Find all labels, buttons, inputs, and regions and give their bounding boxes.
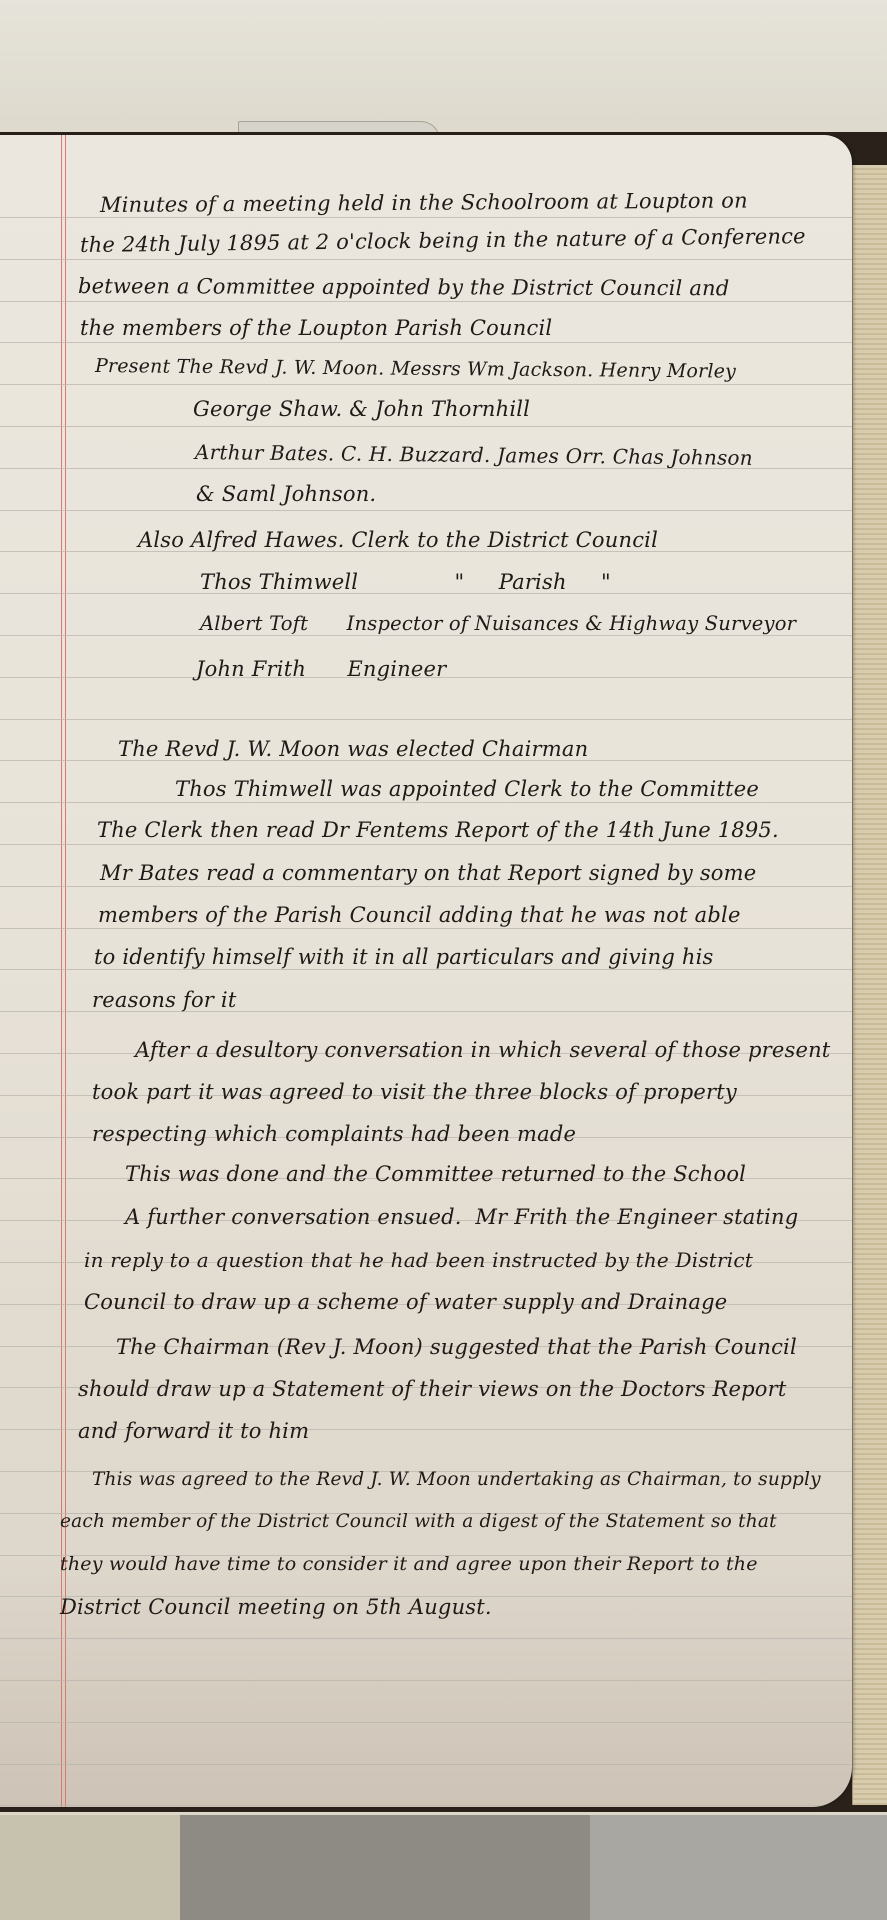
ruled-line bbox=[0, 1638, 852, 1639]
handwritten-line: took part it was agreed to visit the thr… bbox=[92, 1080, 737, 1104]
ruled-line bbox=[0, 259, 852, 260]
handwritten-line: members of the Parish Council adding tha… bbox=[98, 903, 741, 927]
background-surface bbox=[590, 1815, 887, 1920]
ruled-line bbox=[0, 1764, 852, 1765]
ruled-line bbox=[0, 802, 852, 803]
handwritten-line: and forward it to him bbox=[78, 1419, 309, 1443]
handwritten-line: each member of the District Council with… bbox=[60, 1511, 777, 1532]
handwritten-line: Albert Toft Inspector of Nuisances & Hig… bbox=[200, 612, 796, 635]
ruled-line bbox=[0, 969, 852, 970]
ruled-line bbox=[0, 886, 852, 887]
handwritten-line: reasons for it bbox=[92, 988, 236, 1012]
handwritten-line: Thos Thimwell " Parish " bbox=[200, 570, 611, 594]
background-surface bbox=[180, 1815, 590, 1920]
handwritten-line: respecting which complaints had been mad… bbox=[92, 1122, 576, 1146]
ruled-line bbox=[0, 1805, 852, 1806]
handwritten-line: District Council meeting on 5th August. bbox=[60, 1595, 492, 1619]
ruled-line bbox=[0, 384, 852, 385]
ruled-line bbox=[0, 1722, 852, 1723]
handwritten-line: Also Alfred Hawes. Clerk to the District… bbox=[138, 528, 658, 552]
ruled-line bbox=[0, 928, 852, 929]
ruled-line bbox=[0, 510, 852, 511]
handwritten-line: Present The Revd J. W. Moon. Messrs Wm J… bbox=[95, 355, 736, 383]
ruled-line bbox=[0, 844, 852, 845]
ruled-line bbox=[0, 719, 852, 720]
handwritten-line: the members of the Loupton Parish Counci… bbox=[80, 316, 552, 340]
handwritten-line: to identify himself with it in all parti… bbox=[94, 945, 714, 969]
handwritten-line: After a desultory conversation in which … bbox=[135, 1038, 830, 1062]
handwritten-line: This was agreed to the Revd J. W. Moon u… bbox=[92, 1469, 821, 1490]
handwritten-line: A further conversation ensued. Mr Frith … bbox=[125, 1205, 798, 1229]
handwritten-line: Mr Bates read a commentary on that Repor… bbox=[100, 861, 756, 885]
handwritten-line: between a Committee appointed by the Dis… bbox=[78, 274, 730, 300]
handwritten-line: in reply to a question that he had been … bbox=[84, 1248, 753, 1272]
minute-book-page: Minutes of a meeting held in the Schoolr… bbox=[0, 135, 852, 1807]
background-surface bbox=[0, 1815, 200, 1920]
handwritten-line: & Saml Johnson. bbox=[196, 482, 376, 506]
handwritten-line: Arthur Bates. C. H. Buzzard. James Orr. … bbox=[195, 440, 753, 470]
handwritten-line: The Clerk then read Dr Fentems Report of… bbox=[97, 818, 779, 842]
ruled-line bbox=[0, 342, 852, 343]
handwritten-line: The Chairman (Rev J. Moon) suggested tha… bbox=[116, 1335, 797, 1359]
background-surface bbox=[0, 0, 887, 140]
handwritten-line: the 24th July 1895 at 2 o'clock being in… bbox=[80, 224, 806, 257]
handwritten-line: This was done and the Committee returned… bbox=[125, 1162, 746, 1186]
ruled-line bbox=[0, 1680, 852, 1681]
handwritten-line: should draw up a Statement of their view… bbox=[78, 1377, 786, 1401]
handwritten-line: they would have time to consider it and … bbox=[60, 1553, 758, 1575]
handwritten-line: Council to draw up a scheme of water sup… bbox=[84, 1290, 727, 1314]
ruled-line bbox=[0, 301, 852, 302]
handwritten-line: The Revd J. W. Moon was elected Chairman bbox=[118, 737, 588, 761]
page-stack-edge bbox=[852, 165, 887, 1805]
handwritten-line: George Shaw. & John Thornhill bbox=[193, 397, 530, 421]
handwritten-line: Minutes of a meeting held in the Schoolr… bbox=[100, 188, 748, 217]
handwritten-line: Thos Thimwell was appointed Clerk to the… bbox=[175, 777, 759, 801]
ruled-line bbox=[0, 635, 852, 636]
handwritten-line: John Frith Engineer bbox=[196, 657, 446, 681]
ruled-line bbox=[0, 217, 852, 218]
ruled-line bbox=[0, 426, 852, 427]
